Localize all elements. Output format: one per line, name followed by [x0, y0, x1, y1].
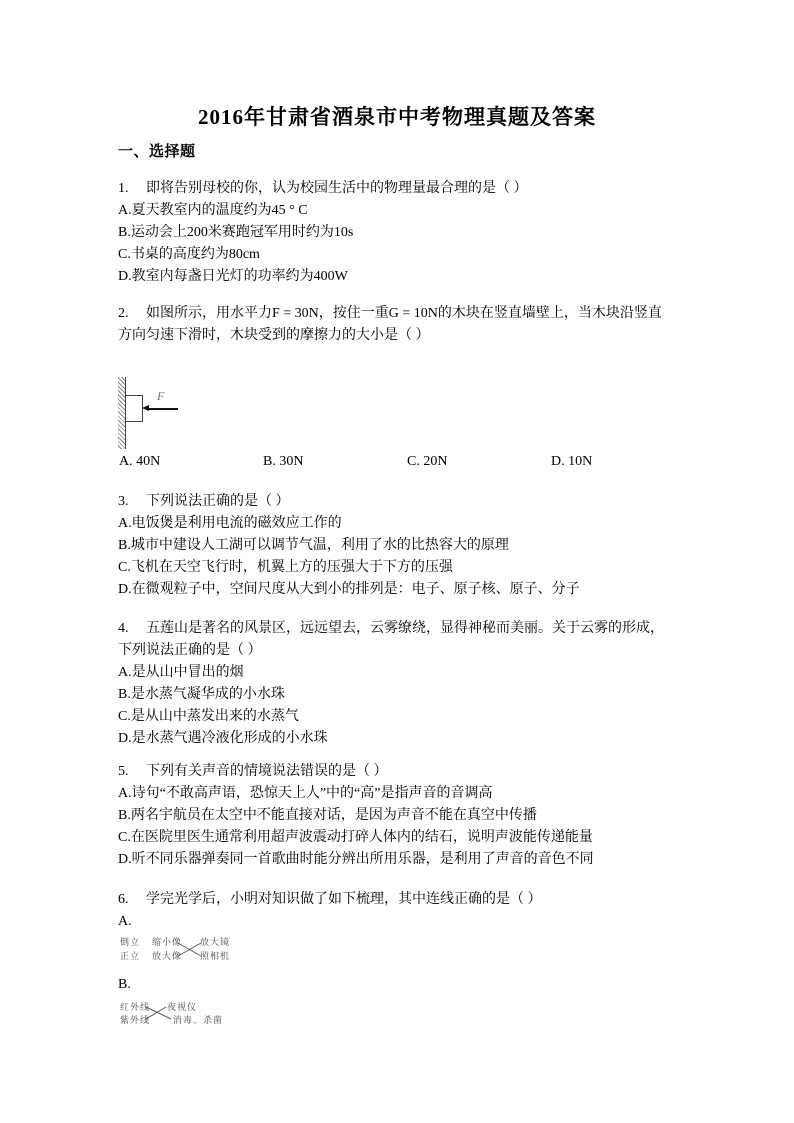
option-row: B.运动会上200米赛跑冠军用时约为10s	[118, 222, 682, 244]
diagram-word: 正立	[120, 951, 140, 961]
option-label: C.	[118, 247, 131, 262]
force-arrow-line	[147, 408, 178, 410]
option-label: B.	[118, 538, 131, 553]
option-row: C.是从山中蒸发出来的水蒸气	[118, 706, 682, 728]
option-row: C.飞机在天空飞行时，机翼上方的压强大于下方的压强	[118, 557, 682, 579]
diagram-word: 放大镜	[200, 937, 230, 947]
diagram-word: 倒立	[120, 937, 140, 947]
option-text: 是水蒸气遇冷液化形成的小水珠	[132, 731, 328, 746]
question-stem: 五莲山是著名的风景区，远远望去，云雾缭绕，显得神秘而美丽。关于云雾的形成， 下列…	[118, 621, 664, 658]
question-number: 5.	[118, 761, 146, 783]
option-text: 教室内每盏日光灯的功率约为400W	[132, 269, 348, 284]
option-label: A.	[118, 665, 132, 680]
option-label: C.	[118, 560, 131, 575]
option-label: A.	[118, 203, 132, 218]
option-label-b: B.	[118, 974, 131, 996]
diagram-word: 红外线	[120, 1002, 150, 1012]
option-label: D.	[118, 269, 132, 284]
question-2: 2.如图所示，用水平力F = 30N，按住一重G = 10N的木块在竖直墙壁上，…	[118, 303, 682, 347]
option-row: B.两名宇航员在太空中不能直接对话，是因为声音不能在真空中传播	[118, 805, 682, 827]
question-stem-row: 1.即将告别母校的你，认为校园生活中的物理量最合理的是（ ）	[118, 178, 682, 200]
force-label: F	[157, 389, 164, 404]
option-label: A.	[118, 516, 132, 531]
question-number: 3.	[118, 491, 146, 513]
option-row: A. 40N	[119, 451, 160, 473]
option-text: 在医院里医生通常利用超声波震动打碎人体内的结石，说明声波能传递能量	[131, 830, 593, 845]
question-3: 3.下列说法正确的是（ ） A.电饭煲是利用电流的磁效应工作的 B.城市中建设人…	[118, 491, 682, 601]
option-text: 运动会上200米赛跑冠军用时约为10s	[131, 225, 353, 240]
question-1: 1.即将告别母校的你，认为校园生活中的物理量最合理的是（ ） A.夏天教室内的温…	[118, 178, 682, 288]
diagram-word: 缩小像	[152, 937, 182, 947]
option-row: D. 10N	[551, 451, 592, 473]
option-row: D.教室内每盏日光灯的功率约为400W	[118, 266, 682, 288]
option-label: D.	[551, 454, 565, 469]
question-number: 6.	[118, 889, 146, 911]
option-text: 40N	[136, 454, 160, 469]
option-text: 10N	[568, 454, 592, 469]
question-number: 1.	[118, 178, 146, 200]
option-row: A.电饭煲是利用电流的磁效应工作的	[118, 513, 682, 535]
option-label: B.	[118, 687, 131, 702]
option-text: 20N	[423, 454, 447, 469]
section-heading: 一、选择题	[118, 140, 196, 161]
option-label: A.	[118, 786, 132, 801]
option-row: C.书桌的高度约为80cm	[118, 244, 682, 266]
option-label-a: A.	[118, 911, 132, 933]
question-stem: 如图所示，用水平力F = 30N，按住一重G = 10N的木块在竖直墙壁上，当木…	[118, 306, 662, 343]
option-label: B.	[263, 454, 276, 469]
question-number: 4.	[118, 618, 146, 640]
option-row: A.夏天教室内的温度约为45 ° C	[118, 200, 682, 222]
option-text: 是水蒸气凝华成的小水珠	[131, 687, 285, 702]
option-row: D.在微观粒子中，空间尺度从大到小的排列是：电子、原子核、原子、分子	[118, 579, 682, 601]
question-2-options-row: A. 40N B. 30N C. 20N D. 10N	[118, 451, 698, 473]
option-text: 两名宇航员在太空中不能直接对话，是因为声音不能在真空中传播	[131, 808, 537, 823]
question-6: 6.学完光学后，小明对知识做了如下梳理，其中连线正确的是（ ）	[118, 889, 682, 911]
option-text: 书桌的高度约为80cm	[131, 247, 260, 262]
option-label: D.	[118, 731, 132, 746]
option-row: D.听不同乐器弹奏同一首歌曲时能分辨出所用乐器，是利用了声音的音色不同	[118, 849, 682, 871]
option-text: 听不同乐器弹奏同一首歌曲时能分辨出所用乐器，是利用了声音的音色不同	[132, 852, 594, 867]
option-text: 是从山中蒸发出来的水蒸气	[131, 709, 299, 724]
question-stem-row: 5.下列有关声音的情境说法错误的是（ ）	[118, 761, 682, 783]
option-label: B.	[118, 808, 131, 823]
wall-hatching	[118, 377, 125, 449]
wall-block-figure: F	[118, 374, 258, 456]
option-text: 夏天教室内的温度约为45 ° C	[132, 203, 308, 218]
option-row: A.诗句“不敢高声语，恐惊天上人”中的“高”是指声音的音调高	[118, 783, 682, 805]
question-stem: 下列说法正确的是（ ）	[146, 494, 290, 509]
question-stem-row: 3.下列说法正确的是（ ）	[118, 491, 682, 513]
option-text: 是从山中冒出的烟	[132, 665, 244, 680]
question-number: 2.	[118, 303, 146, 325]
diagram-word: 放大像	[152, 951, 182, 961]
option-row: B.城市中建设人工湖可以调节气温，利用了水的比热容大的原理	[118, 535, 682, 557]
option-text: 在微观粒子中，空间尺度从大到小的排列是：电子、原子核、原子、分子	[132, 582, 580, 597]
question-4: 4.五莲山是著名的风景区，远远望去，云雾缭绕，显得神秘而美丽。关于云雾的形成， …	[118, 618, 682, 750]
option-text: 电饭煲是利用电流的磁效应工作的	[132, 516, 342, 531]
option-label: A.	[119, 454, 133, 469]
exam-page: 2016年甘肃省酒泉市中考物理真题及答案 一、选择题 1.即将告别母校的你，认为…	[0, 0, 794, 1123]
option-row: B.是水蒸气凝华成的小水珠	[118, 684, 682, 706]
question-stem: 即将告别母校的你，认为校园生活中的物理量最合理的是（ ）	[146, 181, 528, 196]
option-row: C.在医院里医生通常利用超声波震动打碎人体内的结石，说明声波能传递能量	[118, 827, 682, 849]
diagram-word: 夜视仪	[167, 1002, 197, 1012]
option-label: D.	[118, 852, 132, 867]
option-label: D.	[118, 582, 132, 597]
option-label: C.	[118, 709, 131, 724]
question-stem-row: 2.如图所示，用水平力F = 30N，按住一重G = 10N的木块在竖直墙壁上，…	[118, 303, 682, 347]
exam-title: 2016年甘肃省酒泉市中考物理真题及答案	[0, 101, 794, 131]
matching-diagram-a: 倒立 缩小像 放大镜 正立 放大像 照相机	[118, 934, 243, 964]
option-text: 诗句“不敢高声语，恐惊天上人”中的“高”是指声音的音调高	[132, 786, 493, 801]
diagram-word: 紫外线	[120, 1015, 150, 1025]
option-text: 飞机在天空飞行时，机翼上方的压强大于下方的压强	[131, 560, 453, 575]
option-text: 城市中建设人工湖可以调节气温，利用了水的比热容大的原理	[131, 538, 509, 553]
question-stem: 下列有关声音的情境说法错误的是（ ）	[146, 764, 388, 779]
block	[125, 395, 143, 422]
option-row: B. 30N	[263, 451, 303, 473]
diagram-word: 消毒、杀菌	[173, 1015, 223, 1025]
option-row: A.是从山中冒出的烟	[118, 662, 682, 684]
option-row: C. 20N	[407, 451, 447, 473]
option-label: B.	[118, 225, 131, 240]
diagram-word: 照相机	[200, 951, 230, 961]
option-row: D.是水蒸气遇冷液化形成的小水珠	[118, 728, 682, 750]
question-stem-row: 4.五莲山是著名的风景区，远远望去，云雾缭绕，显得神秘而美丽。关于云雾的形成， …	[118, 618, 682, 662]
option-label: C.	[407, 454, 420, 469]
option-label: C.	[118, 830, 131, 845]
question-stem-row: 6.学完光学后，小明对知识做了如下梳理，其中连线正确的是（ ）	[118, 889, 682, 911]
question-stem: 学完光学后，小明对知识做了如下梳理，其中连线正确的是（ ）	[146, 892, 542, 907]
question-5: 5.下列有关声音的情境说法错误的是（ ） A.诗句“不敢高声语，恐惊天上人”中的…	[118, 761, 682, 871]
option-text: 30N	[279, 454, 303, 469]
matching-diagram-b: 红外线 夜视仪 紫外线 消毒、杀菌	[118, 999, 233, 1027]
